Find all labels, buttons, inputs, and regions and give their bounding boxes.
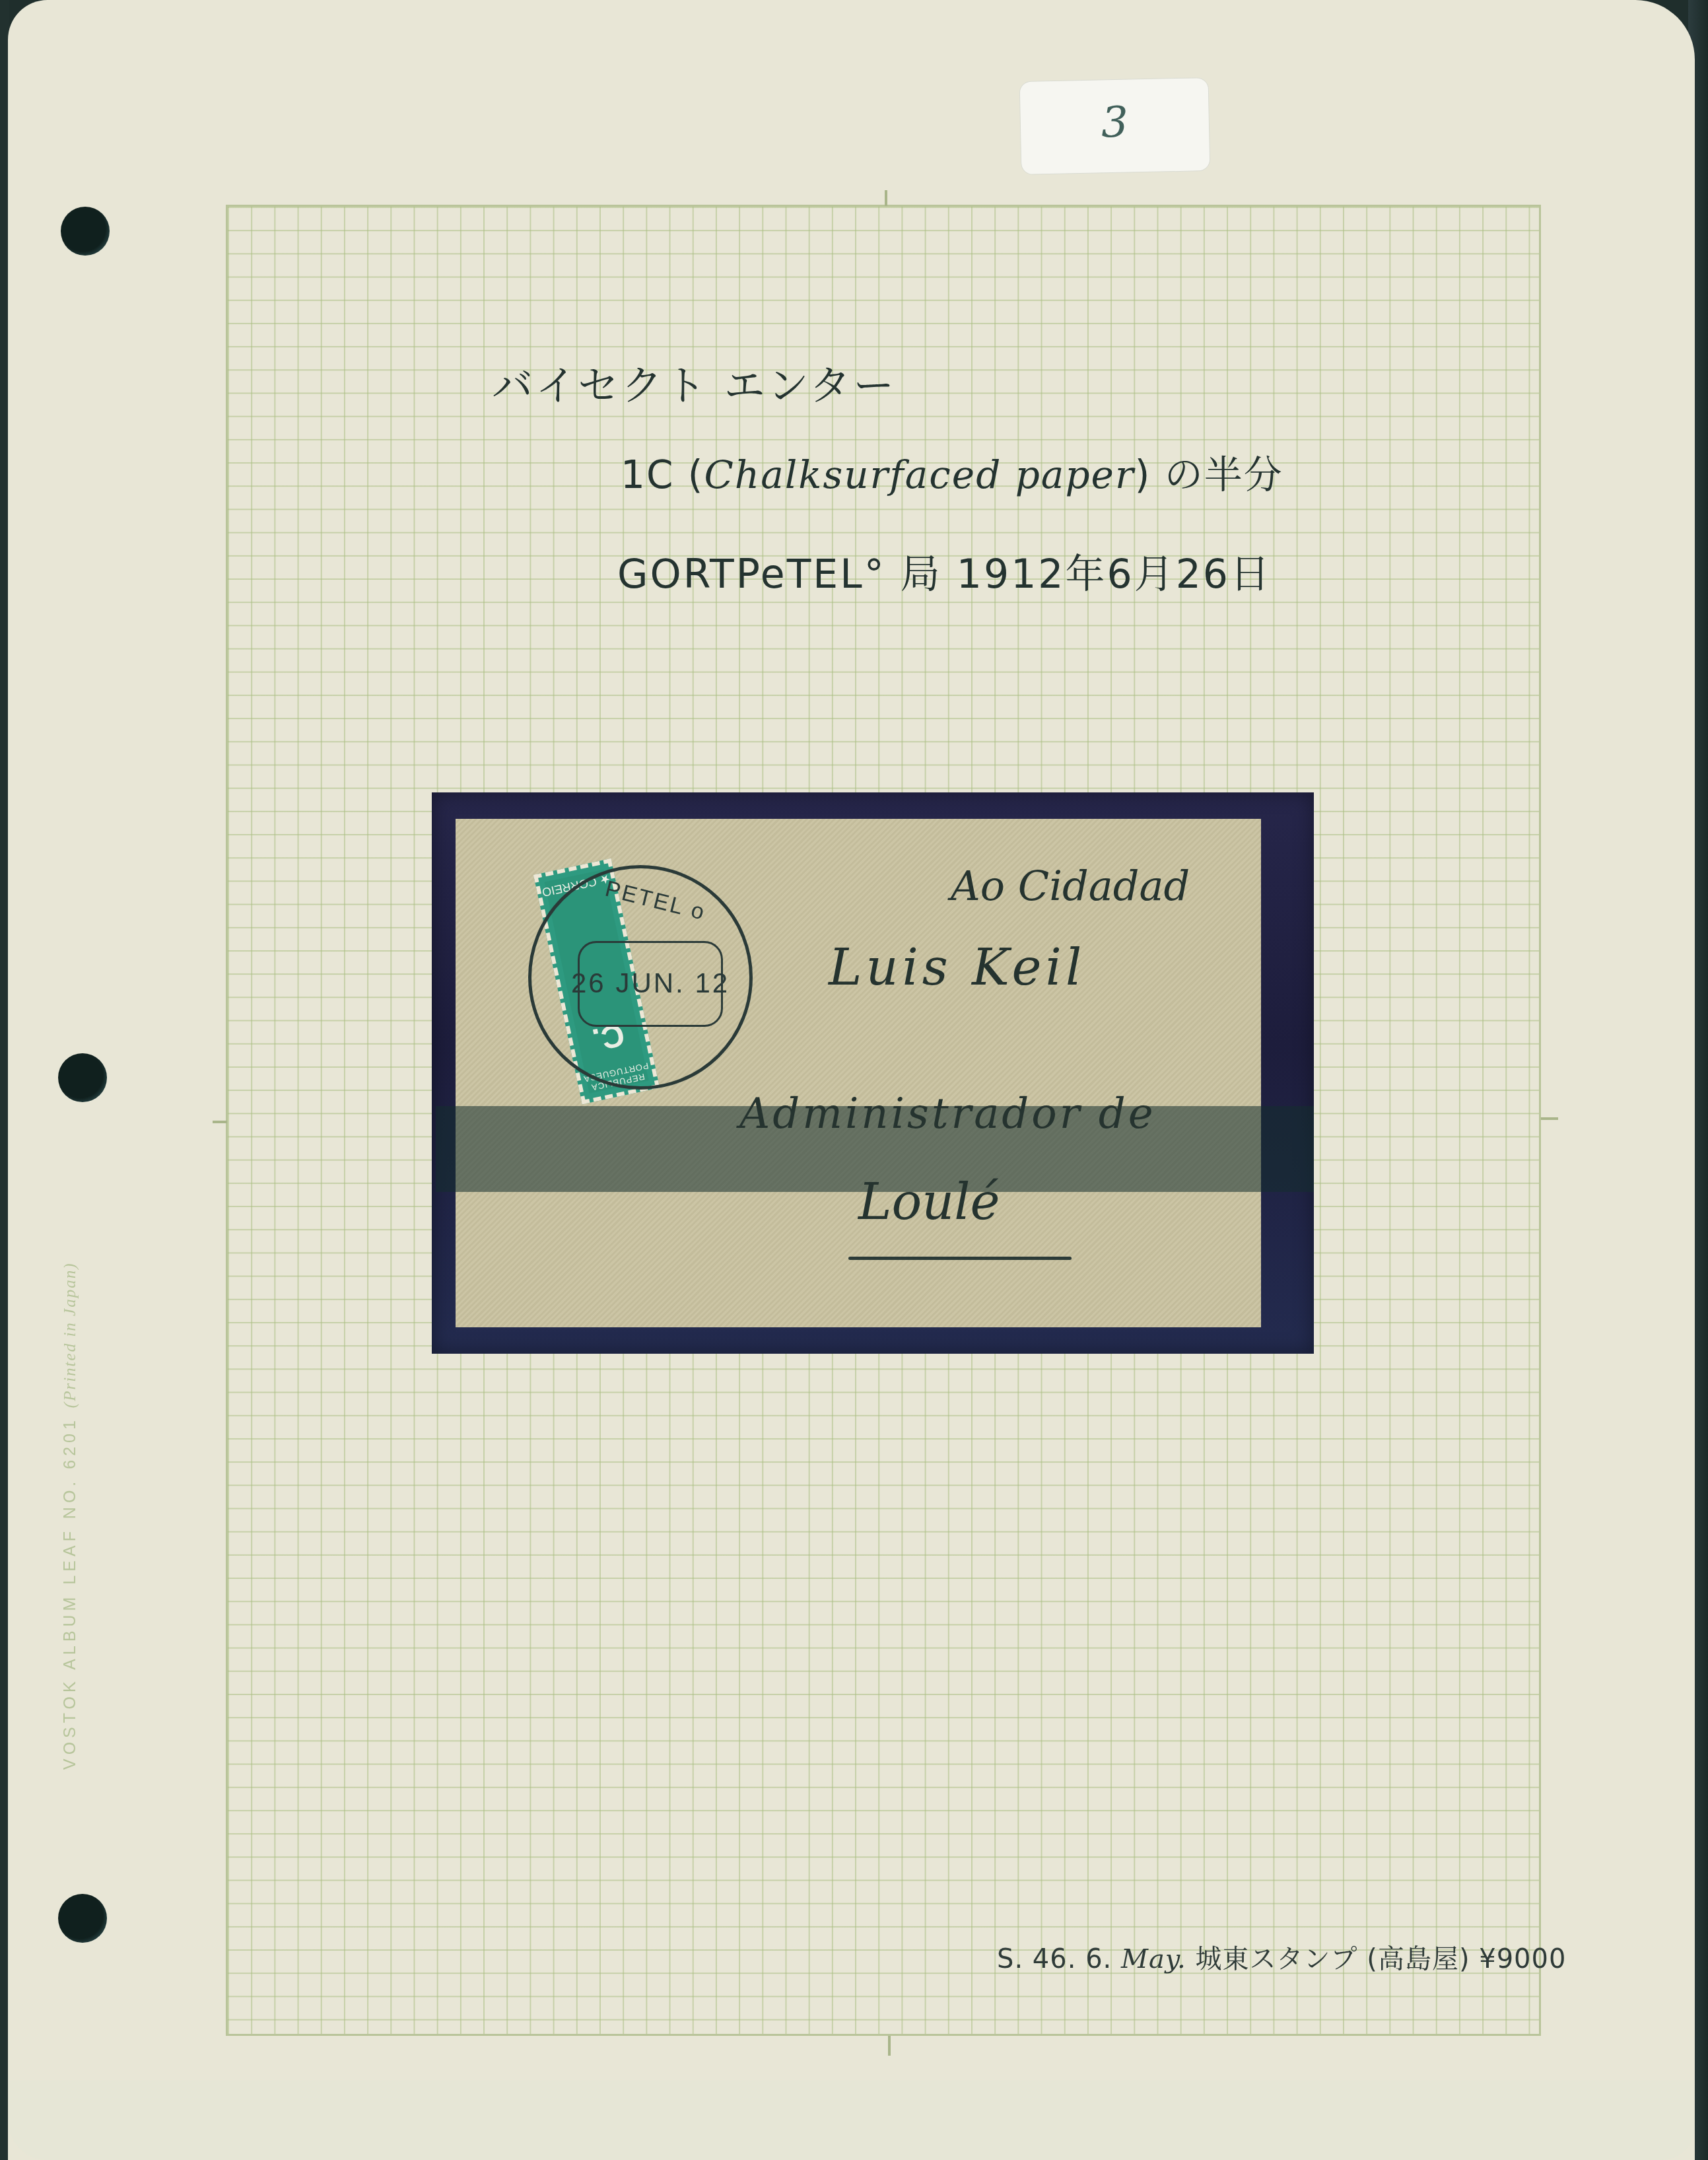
purchase-note-date: S. 46. 6. [997, 1944, 1121, 1974]
heading-title: バイセクト エンター [492, 353, 897, 412]
heading-description-paper: Chalksurfaced paper [704, 452, 1134, 497]
imprint-printed-in: (Printed in Japan) [61, 1263, 79, 1409]
album-imprint: VOSTOK ALBUM LEAF NO. 6201 (Printed in J… [61, 1263, 80, 1770]
punch-hole-bottom [58, 1894, 107, 1943]
punch-hole-top [61, 207, 110, 256]
postmark-town: PETEL o [603, 876, 709, 926]
tick-bottom-center [888, 2036, 891, 2056]
tick-right-middle [1541, 1117, 1558, 1120]
tick-left-middle [213, 1121, 227, 1123]
address-line-1: Ao Cidadad [951, 862, 1190, 910]
postmark-circle: PETEL o 26 JUN. 12 [528, 865, 753, 1090]
heading-description-suffix: ) の半分 [1135, 452, 1283, 497]
page-number-label: 3 [1019, 77, 1211, 175]
address-underline [848, 1257, 1072, 1260]
punch-hole-middle [58, 1053, 107, 1102]
heading-postmark-date: GORTPeTEL° 局 1912年6月26日 [617, 543, 1272, 600]
imprint-leaf-number: VOSTOK ALBUM LEAF NO. 6201 [61, 1416, 79, 1770]
address-line-3: Administrador de [739, 1090, 1156, 1138]
postmark-date: 26 JUN. 12 [571, 967, 730, 999]
address-line-2: Luis Keil [829, 938, 1085, 996]
heading-description-prefix: 1C ( [621, 452, 704, 497]
address-line-4: Loulé [858, 1172, 1000, 1231]
page-number: 3 [1020, 96, 1209, 149]
heading-description: 1C (Chalksurfaced paper) の半分 [621, 444, 1283, 499]
purchase-note-month: May. [1121, 1944, 1186, 1974]
purchase-note-source-price: 城東スタンプ (高島屋) ¥9000 [1186, 1944, 1567, 1974]
tick-top-center [885, 190, 887, 206]
album-leaf-bottom [8, 2081, 1695, 2160]
purchase-note: S. 46. 6. May. 城東スタンプ (高島屋) ¥9000 [997, 1938, 1566, 1976]
